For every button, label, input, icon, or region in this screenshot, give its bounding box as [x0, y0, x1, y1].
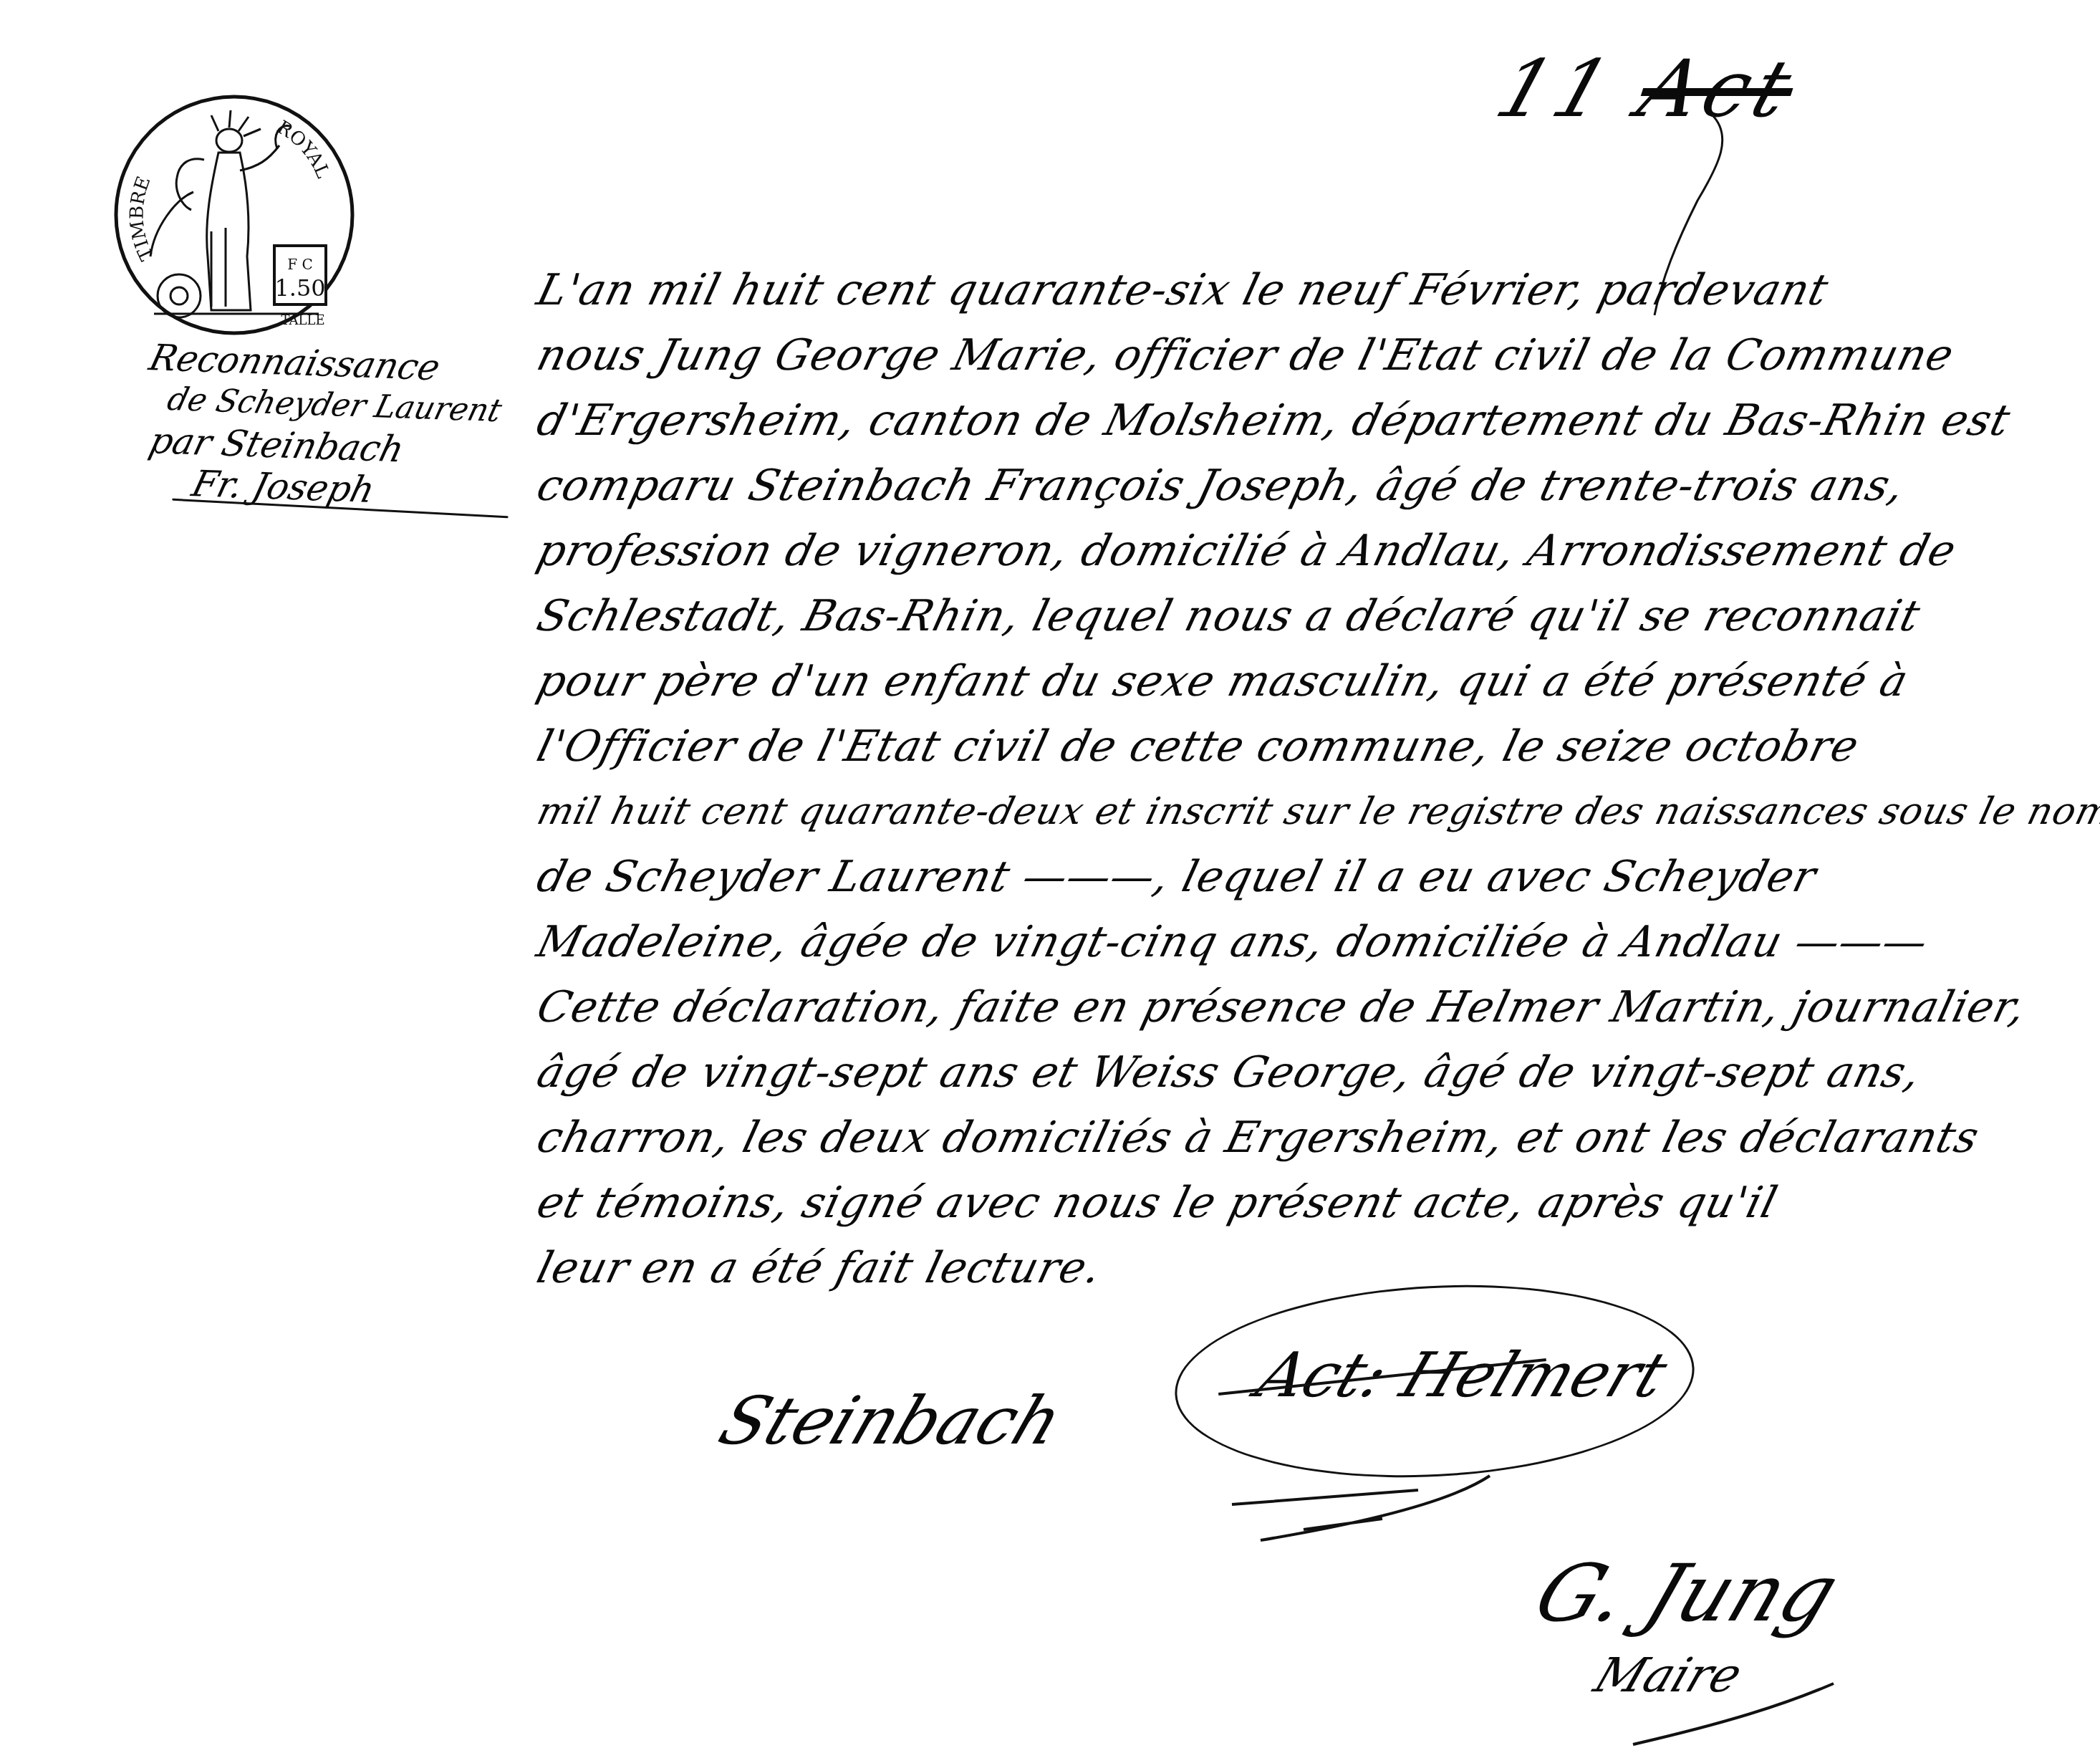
body-line: Schlestadt, Bas-Rhin, lequel nous a décl… [530, 584, 2036, 649]
signature-witness: Act: Helmert [1248, 1340, 1677, 1411]
body-line: charron, les deux domiciliés à Ergershei… [530, 1105, 2036, 1171]
body-line: de Scheyder Laurent ———, lequel il a eu … [530, 845, 2036, 910]
act-body: L'an mil huit cent quarante-six le neuf … [530, 258, 2020, 1301]
stamp-bottom-label: TALLE [281, 313, 324, 328]
body-line: nous Jung George Marie, officier de l'Et… [530, 323, 2036, 388]
body-line: leur en a été fait lecture. [530, 1236, 2036, 1301]
document-page: TIMBRE ROYAL F C 1.50 TA [0, 0, 2100, 1748]
body-line: L'an mil huit cent quarante-six le neuf … [530, 258, 2036, 323]
body-line: d'Ergersheim, canton de Molsheim, départ… [530, 388, 2036, 453]
body-line: Cette déclaration, faite en présence de … [530, 975, 2036, 1040]
body-line: âgé de vingt-sept ans et Weiss George, â… [530, 1040, 2036, 1105]
svg-text:TIMBRE: TIMBRE [127, 173, 159, 264]
body-line: Madeleine, âgée de vingt-cinq ans, domic… [530, 910, 2036, 975]
signature-mayor: G. Jung [1523, 1547, 1851, 1639]
body-line: mil huit cent quarante-deux et inscrit s… [530, 779, 2036, 845]
signature-declarant: Steinbach [710, 1383, 1073, 1459]
stamp-value: 1.50 [274, 274, 325, 302]
folio-value: 11 [1485, 43, 1627, 135]
body-line: comparu Steinbach François Joseph, âgé d… [530, 453, 2036, 519]
body-line: pour père d'un enfant du sexe masculin, … [530, 649, 2036, 714]
body-line: profession de vigneron, domicilié à Andl… [530, 519, 2036, 584]
margin-note: Reconnaissance de Scheyder Laurent par S… [150, 337, 523, 509]
allegorical-figure-stamp-icon: TIMBRE ROYAL F C 1.50 TA [111, 92, 358, 339]
mayor-flourish-icon [1619, 1655, 1848, 1748]
stamp-label-left: TIMBRE [127, 173, 159, 264]
body-line: l'Officier de l'Etat civil de cette comm… [530, 714, 2036, 779]
stamp-units: F C [287, 256, 313, 273]
tax-stamp: TIMBRE ROYAL F C 1.50 TA [111, 92, 358, 339]
body-line: et témoins, signé avec nous le présent a… [530, 1171, 2036, 1236]
